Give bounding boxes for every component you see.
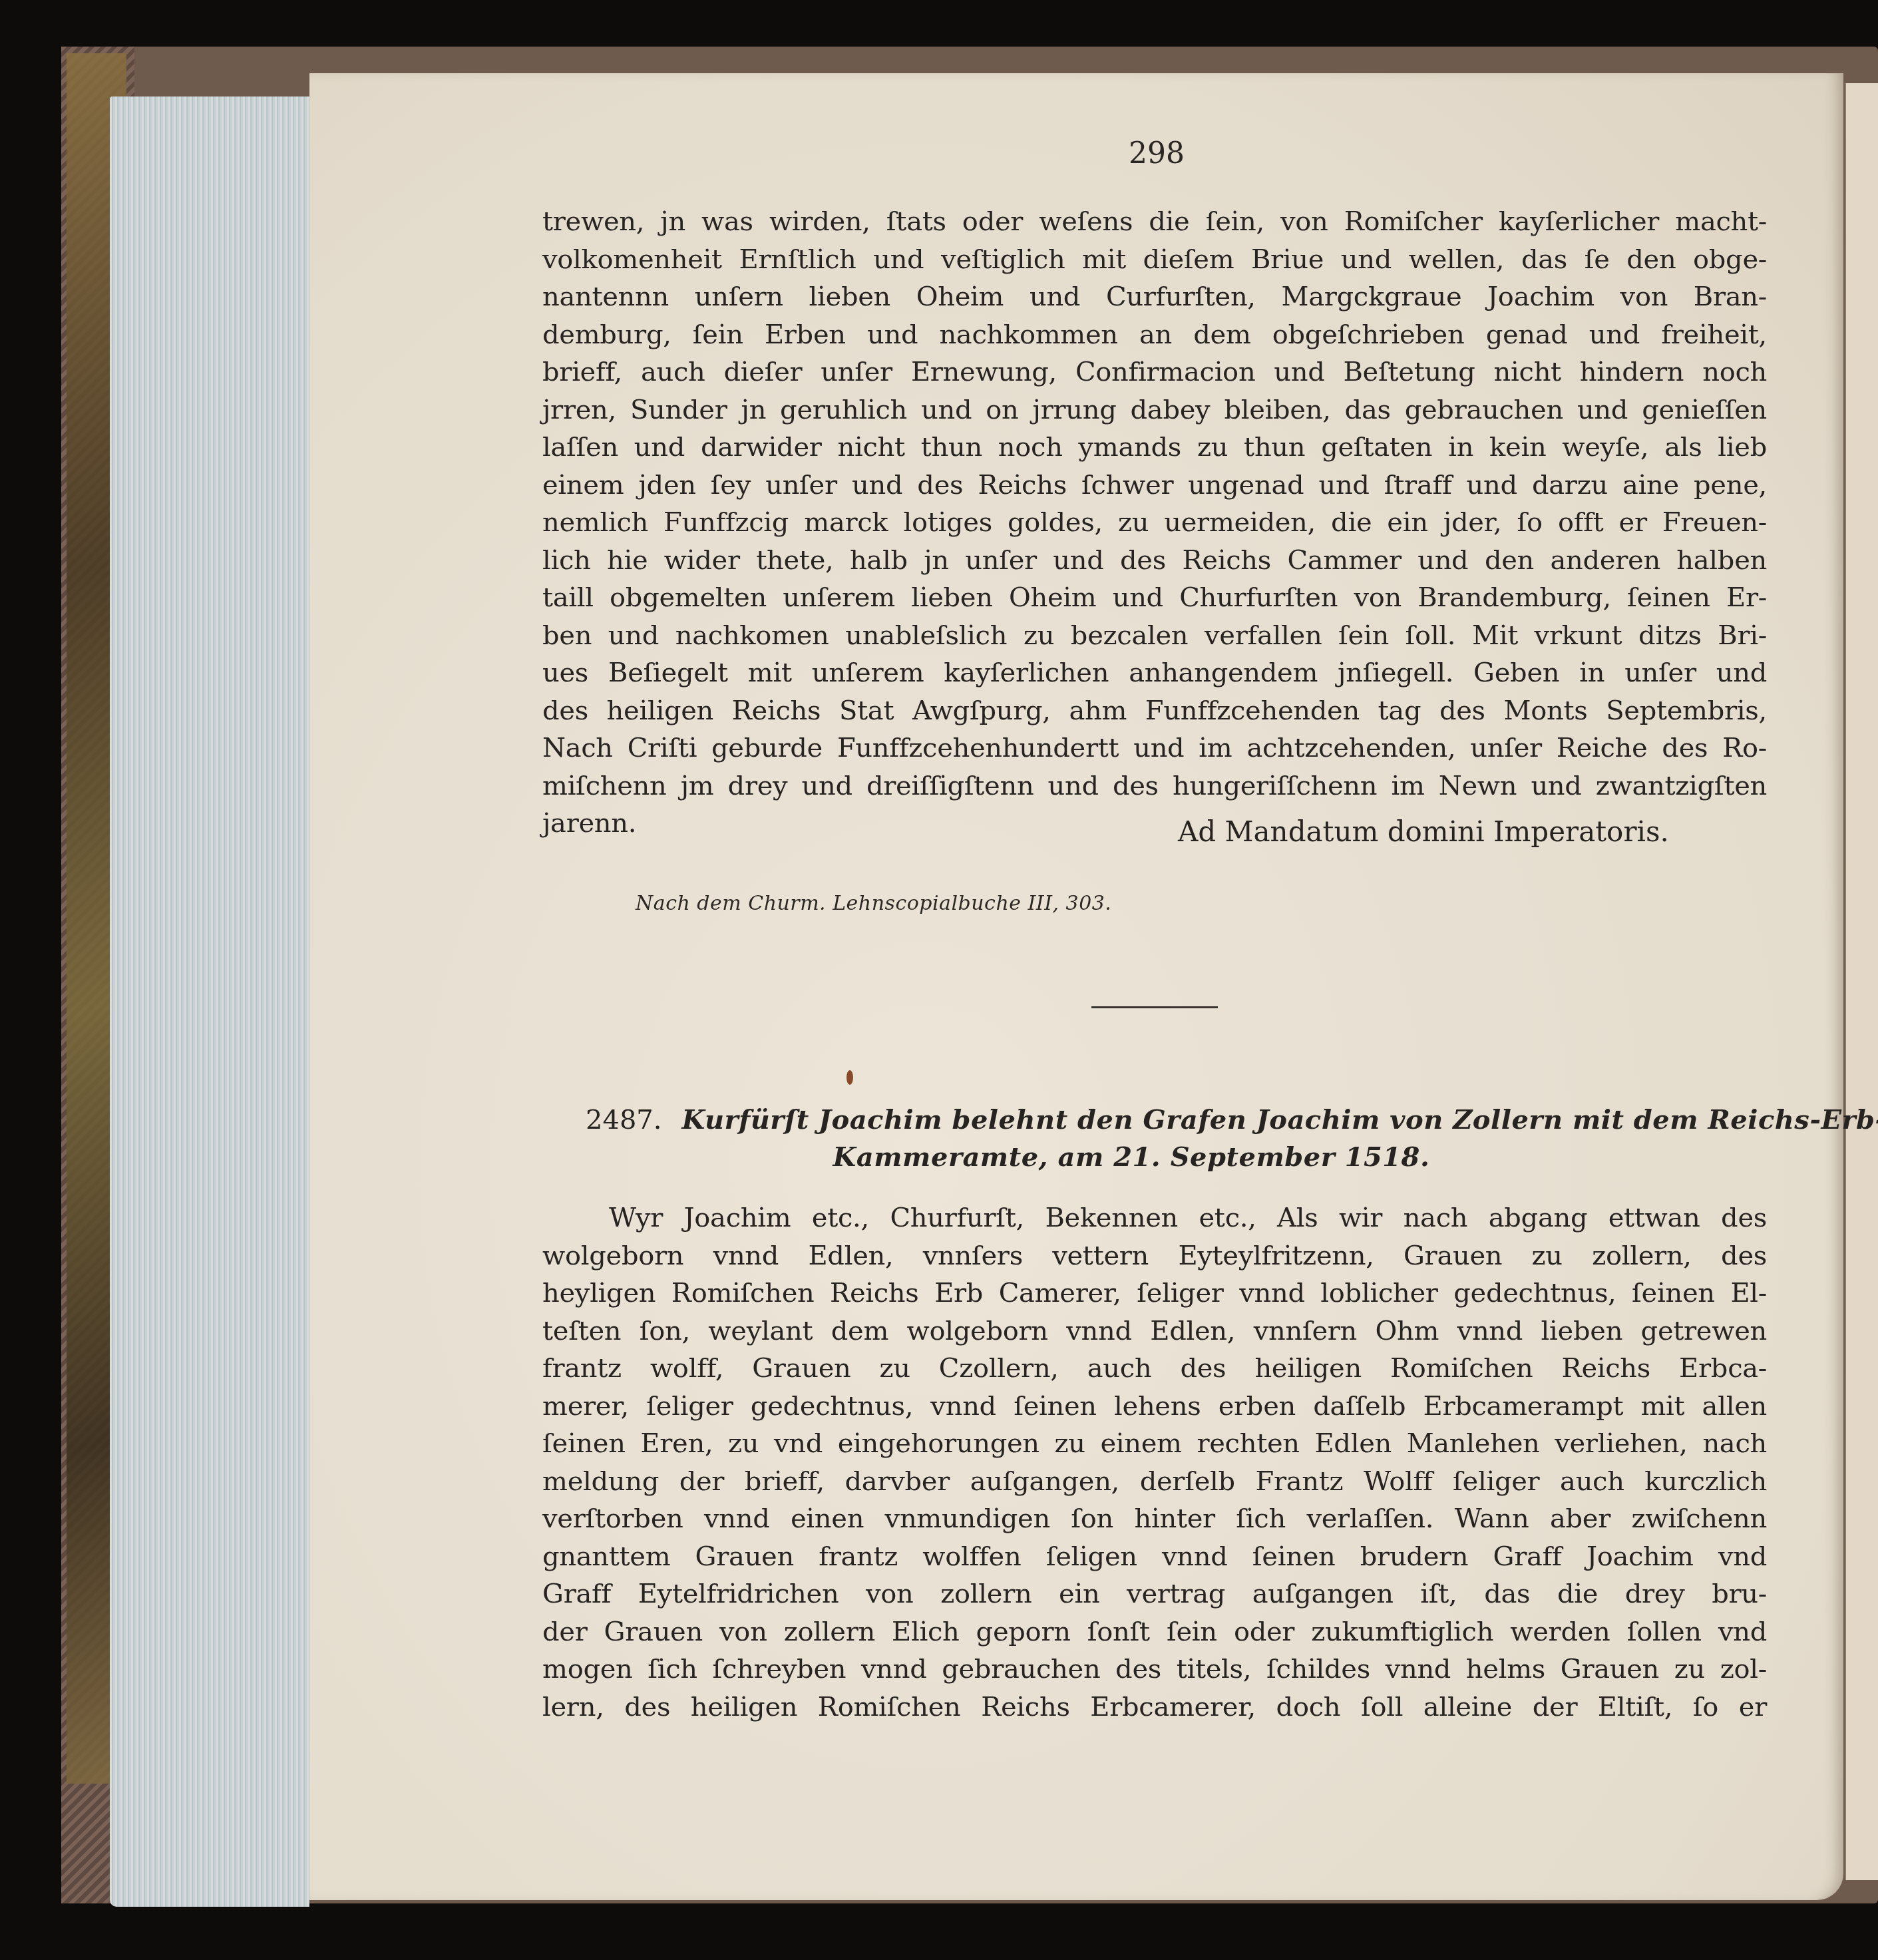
text-line: taill obgemelten unſerem lieben Oheim un…	[542, 579, 1767, 617]
section-divider	[1091, 1006, 1218, 1008]
facing-page-edge	[1845, 83, 1878, 1880]
text-line: gnanttem Grauen frantz wolffen ſeligen v…	[542, 1538, 1767, 1576]
text-line: meldung der brieff, darvber auſgangen, d…	[542, 1463, 1767, 1501]
document-number: 2487.	[586, 1105, 662, 1135]
paper-stain	[846, 1070, 853, 1085]
text-line: ues Beſiegelt mit unſerem kayſerlichen a…	[542, 654, 1767, 692]
text-line: frantz wolff, Grauen zu Czollern, auch d…	[542, 1350, 1767, 1388]
text-line: teſten ſon, weylant dem wolgeborn vnnd E…	[542, 1312, 1767, 1350]
text-line: Nach Criſti geburde Funffzcehenhundertt …	[542, 729, 1767, 767]
text-line: ſeinen Eren, zu vnd eingehorungen zu ein…	[542, 1425, 1767, 1463]
text-line: des heiligen Reichs Stat Awgſpurg, ahm F…	[542, 692, 1767, 730]
text-line: nemlich Funffzcig marck lotiges goldes, …	[542, 504, 1767, 542]
text-line: der Grauen von zollern Elich geporn ſonſ…	[542, 1613, 1767, 1651]
text-line: demburg, ſein Erben und nachkommen an de…	[542, 316, 1767, 354]
heading-title-part-1: Kurfürſt Joachim belehnt den Grafen Joac…	[682, 1104, 1878, 1135]
heading-line-2: Kammeramte, am 21. September 1518.	[586, 1139, 1757, 1176]
text-line: jrren, Sunder jn geruhlich und on jrrung…	[542, 391, 1767, 429]
text-line: laſſen und darwider nicht thun noch yman…	[542, 429, 1767, 467]
text-line: volkomenheit Ernſtlich und veſtiglich mi…	[542, 241, 1767, 279]
signature-line: Ad Mandatum domini Imperatoris.	[1178, 815, 1669, 848]
text-line: Wyr Joachim etc., Churfurſt, Bekennen et…	[542, 1199, 1767, 1237]
text-line: lich hie wider thete, halb jn unſer und …	[542, 542, 1767, 580]
text-line: Graff Eytelfridrichen von zollern ein ve…	[542, 1575, 1767, 1613]
text-line: einem jden ſey unſer und des Reichs ſchw…	[542, 467, 1767, 504]
text-line: lern, des heiligen Romiſchen Reichs Erbc…	[542, 1688, 1767, 1726]
text-line: verſtorben vnnd einen vnmundigen ſon hin…	[542, 1500, 1767, 1538]
source-citation: Nach dem Churm. Lehnscopialbuche III, 30…	[636, 892, 1111, 915]
document-text-block: Wyr Joachim etc., Churfurſt, Bekennen et…	[542, 1199, 1767, 1726]
text-line: nantennn unſern lieben Oheim und Curfurſ…	[542, 278, 1767, 316]
heading-title-part-2: Kammeramte, am 21. September 1518.	[833, 1141, 1430, 1173]
text-line: trewen, jn was wirden, ſtats oder weſens…	[542, 203, 1767, 241]
text-line: merer, ſeliger gedechtnus, vnnd ſeinen l…	[542, 1388, 1767, 1426]
text-line: ben und nachkomen unableſslich zu bezcal…	[542, 617, 1767, 655]
text-line: heyligen Romiſchen Reichs Erb Camerer, ſ…	[542, 1274, 1767, 1312]
text-line: mogen ſich ſchreyben vnnd gebrauchen des…	[542, 1651, 1767, 1688]
heading-line-1: 2487.Kurfürſt Joachim belehnt den Grafen…	[586, 1101, 1757, 1139]
text-line: brieff, auch dieſer unſer Ernewung, Conf…	[542, 353, 1767, 391]
text-line: miſchenn jm drey und dreiſſigſtenn und d…	[542, 767, 1767, 805]
page-number: 298	[1129, 136, 1185, 170]
document-heading: 2487.Kurfürſt Joachim belehnt den Grafen…	[586, 1101, 1757, 1176]
page-edges-stack	[110, 97, 309, 1907]
continued-text-block: trewen, jn was wirden, ſtats oder weſens…	[542, 203, 1767, 843]
text-line: wolgeborn vnnd Edlen, vnnſers vettern Ey…	[542, 1237, 1767, 1275]
